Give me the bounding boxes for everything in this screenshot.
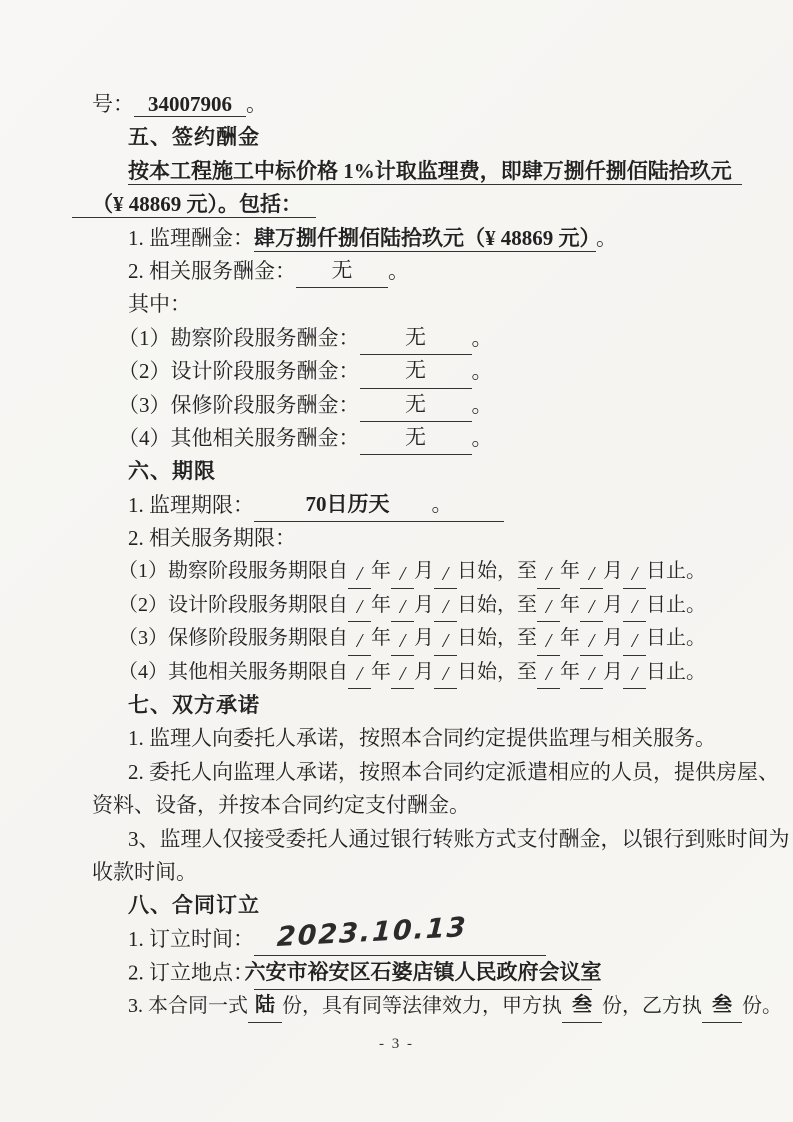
promise-line1: 1. 监理人向委托人承诺，按照本合同约定提供监理与相关服务。 xyxy=(92,722,726,755)
warranty-fee-blank: 无 xyxy=(360,390,472,422)
page-number: - 3 - xyxy=(0,1036,793,1053)
copies-text-1: 3. 本合同一式 xyxy=(128,995,248,1017)
total-copies-blank: 陆 xyxy=(248,991,282,1023)
related-service-fee-line: 2. 相关服务酬金：无。 xyxy=(92,255,726,288)
related-service-fee-suffix: 。 xyxy=(388,259,409,283)
section6-title: 六、期限 xyxy=(92,455,726,488)
warranty-period-label: （3）保修阶段服务期限自 xyxy=(118,627,348,649)
month-label: 月 xyxy=(603,560,623,582)
year-label: 年 xyxy=(560,560,580,582)
promise-line3b-text: 收款时间。 xyxy=(92,860,197,884)
blank-slash: / xyxy=(623,591,646,622)
month-label: 月 xyxy=(414,661,434,683)
design-fee-label: （2）设计阶段服务酬金： xyxy=(118,359,360,383)
year-label: 年 xyxy=(560,627,580,649)
party-a-copies-blank: 叁 xyxy=(562,991,602,1023)
other-fee-blank: 无 xyxy=(360,423,472,455)
day-begin-label: 日始，至 xyxy=(457,627,537,649)
survey-fee-label: （1）勘察阶段服务酬金： xyxy=(118,326,360,350)
warranty-fee-label: （3）保修阶段服务酬金： xyxy=(118,393,360,417)
day-begin-label: 日始，至 xyxy=(457,594,537,616)
survey-fee-line: （1）勘察阶段服务酬金：无。 xyxy=(92,322,726,355)
section8-title-text: 八、合同订立 xyxy=(128,894,260,917)
copies-line: 3. 本合同一式陆份，具有同等法律效力，甲方执叁份，乙方执叁份。 xyxy=(92,990,726,1023)
design-fee-suffix: 。 xyxy=(472,359,493,383)
design-fee-line: （2）设计阶段服务酬金：无。 xyxy=(92,355,726,388)
survey-fee-suffix: 。 xyxy=(472,326,493,350)
day-begin-label: 日始，至 xyxy=(457,661,537,683)
section7-title: 七、双方承诺 xyxy=(92,689,726,722)
warranty-period-row: （3）保修阶段服务期限自/年/月/日始，至/年/月/日止。 xyxy=(92,622,726,655)
party-b-copies-blank: 叁 xyxy=(702,991,742,1023)
supervision-period-line: 1. 监理期限：70日历天。 xyxy=(92,489,726,522)
day-end-label: 日止。 xyxy=(646,594,706,616)
supervision-period-label: 1. 监理期限： xyxy=(128,493,254,517)
blank-slash: / xyxy=(623,658,646,689)
blank-slash: / xyxy=(537,625,560,656)
blank-slash: / xyxy=(348,591,371,622)
month-label: 月 xyxy=(603,594,623,616)
signing-time-blank: 2023.10.13 xyxy=(254,923,546,956)
blank-slash: / xyxy=(623,625,646,656)
month-label: 月 xyxy=(603,627,623,649)
related-service-fee-label: 2. 相关服务酬金： xyxy=(128,259,296,283)
other-fee-label: （4）其他相关服务酬金： xyxy=(118,426,360,450)
among-text: 其中： xyxy=(128,292,191,316)
among-line: 其中： xyxy=(92,288,726,321)
survey-period-label: （1）勘察阶段服务期限自 xyxy=(118,560,348,582)
design-fee-blank: 无 xyxy=(360,357,472,389)
supervision-fee-value: 肆万捌仟捌佰陆拾玖元（¥ 48869 元） xyxy=(254,226,596,252)
promise-line3a: 3、监理人仅接受委托人通过银行转账方式支付酬金，以银行到账时间为 xyxy=(92,823,726,856)
blank-slash: / xyxy=(391,625,414,656)
warranty-fee-line: （3）保修阶段服务酬金：无。 xyxy=(92,389,726,422)
scanned-contract-page: 号：34007906。 五、签约酬金 按本工程施工中标价格 1%计取监理费，即肆… xyxy=(0,0,793,1122)
other-period-row: （4）其他相关服务期限自/年/月/日始，至/年/月/日止。 xyxy=(92,656,726,689)
blank-slash: / xyxy=(391,591,414,622)
blank-slash: / xyxy=(348,658,371,689)
related-service-fee-blank: 无 xyxy=(296,256,388,288)
warranty-fee-suffix: 。 xyxy=(472,393,493,417)
month-label: 月 xyxy=(603,661,623,683)
copies-text-4: 份。 xyxy=(742,995,782,1017)
blank-slash: / xyxy=(537,558,560,589)
page-content: 号：34007906。 五、签约酬金 按本工程施工中标价格 1%计取监理费，即肆… xyxy=(92,88,726,1023)
year-label: 年 xyxy=(560,661,580,683)
blank-slash: / xyxy=(391,658,414,689)
blank-slash: / xyxy=(434,625,457,656)
blank-slash: / xyxy=(434,591,457,622)
supervision-fee-label: 1. 监理酬金： xyxy=(128,226,254,250)
promise-line2a: 2. 委托人向监理人承诺，按照本合同约定派遣相应的人员，提供房屋、 xyxy=(92,756,726,789)
contract-number-line: 号：34007906。 xyxy=(92,88,726,121)
promise-line2b: 资料、设备，并按本合同约定支付酬金。 xyxy=(92,789,726,822)
signing-time-line: 1. 订立时间：2023.10.13 xyxy=(92,923,726,956)
month-label: 月 xyxy=(414,594,434,616)
fee-basis-text: 按本工程施工中标价格 1%计取监理费，即肆万捌仟捌佰陆拾玖元 xyxy=(128,159,742,185)
year-label: 年 xyxy=(371,594,391,616)
signing-time-label: 1. 订立时间： xyxy=(128,927,254,951)
promise-line3b: 收款时间。 xyxy=(92,856,726,889)
blank-slash: / xyxy=(580,658,603,689)
survey-fee-blank: 无 xyxy=(360,323,472,355)
section5-paragraph-line2: （¥ 48869 元）。包括： xyxy=(92,188,726,221)
day-end-label: 日止。 xyxy=(646,560,706,582)
related-period-line: 2. 相关服务期限： xyxy=(92,522,726,555)
year-label: 年 xyxy=(371,560,391,582)
other-fee-suffix: 。 xyxy=(472,426,493,450)
section5-title: 五、签约酬金 xyxy=(92,121,726,154)
blank-slash: / xyxy=(580,558,603,589)
blank-slash: / xyxy=(537,658,560,689)
supervision-period-blank: 70日历天。 xyxy=(254,490,504,522)
supervision-fee-suffix: 。 xyxy=(596,226,617,250)
supervision-fee-line: 1. 监理酬金：肆万捌仟捌佰陆拾玖元（¥ 48869 元）。 xyxy=(92,222,726,255)
copies-text-3: 份，乙方执 xyxy=(602,995,702,1017)
signing-place-line: 2. 订立地点：六安市裕安区石婆店镇人民政府会议室 xyxy=(92,956,726,989)
contract-number-label: 号： xyxy=(92,92,134,116)
section5-paragraph-line1: 按本工程施工中标价格 1%计取监理费，即肆万捌仟捌佰陆拾玖元 xyxy=(92,155,726,188)
design-period-label: （2）设计阶段服务期限自 xyxy=(118,594,348,616)
blank-slash: / xyxy=(434,558,457,589)
section6-title-text: 六、期限 xyxy=(128,460,216,483)
other-fee-line: （4）其他相关服务酬金：无。 xyxy=(92,422,726,455)
related-period-text: 2. 相关服务期限： xyxy=(128,526,296,550)
survey-period-row: （1）勘察阶段服务期限自/年/月/日始，至/年/月/日止。 xyxy=(92,555,726,588)
promise-line2a-text: 2. 委托人向监理人承诺，按照本合同约定派遣相应的人员，提供房屋、 xyxy=(128,760,779,784)
supervision-period-suffix: 。 xyxy=(432,488,453,521)
contract-number-value: 34007906 xyxy=(134,92,246,117)
signing-place-blank: 六安市裕安区石婆店镇人民政府会议室 xyxy=(254,956,592,990)
copies-text-2: 份，具有同等法律效力，甲方执 xyxy=(282,995,562,1017)
other-period-label: （4）其他相关服务期限自 xyxy=(118,661,348,683)
blank-slash: / xyxy=(623,558,646,589)
signing-place-value: 六安市裕安区石婆店镇人民政府会议室 xyxy=(245,956,602,989)
month-label: 月 xyxy=(414,560,434,582)
fee-amount-text: （¥ 48869 元）。包括： xyxy=(72,192,316,218)
promise-line1-text: 1. 监理人向委托人承诺，按照本合同约定提供监理与相关服务。 xyxy=(128,726,716,750)
day-end-label: 日止。 xyxy=(646,627,706,649)
blank-slash: / xyxy=(580,591,603,622)
section7-title-text: 七、双方承诺 xyxy=(128,694,260,717)
year-label: 年 xyxy=(371,627,391,649)
month-label: 月 xyxy=(414,627,434,649)
promise-line2b-text: 资料、设备，并按本合同约定支付酬金。 xyxy=(92,793,470,817)
blank-slash: / xyxy=(348,625,371,656)
contract-number-suffix: 。 xyxy=(246,92,267,116)
blank-slash: / xyxy=(537,591,560,622)
blank-slash: / xyxy=(348,558,371,589)
year-label: 年 xyxy=(371,661,391,683)
signing-place-label: 2. 订立地点： xyxy=(128,961,254,985)
blank-slash: / xyxy=(391,558,414,589)
design-period-row: （2）设计阶段服务期限自/年/月/日始，至/年/月/日止。 xyxy=(92,589,726,622)
promise-line3a-text: 3、监理人仅接受委托人通过银行转账方式支付酬金，以银行到账时间为 xyxy=(128,827,790,851)
day-end-label: 日止。 xyxy=(646,661,706,683)
day-begin-label: 日始，至 xyxy=(457,560,537,582)
supervision-period-value: 70日历天 xyxy=(306,488,390,521)
year-label: 年 xyxy=(560,594,580,616)
blank-slash: / xyxy=(580,625,603,656)
section5-title-text: 五、签约酬金 xyxy=(128,126,260,149)
blank-slash: / xyxy=(434,658,457,689)
